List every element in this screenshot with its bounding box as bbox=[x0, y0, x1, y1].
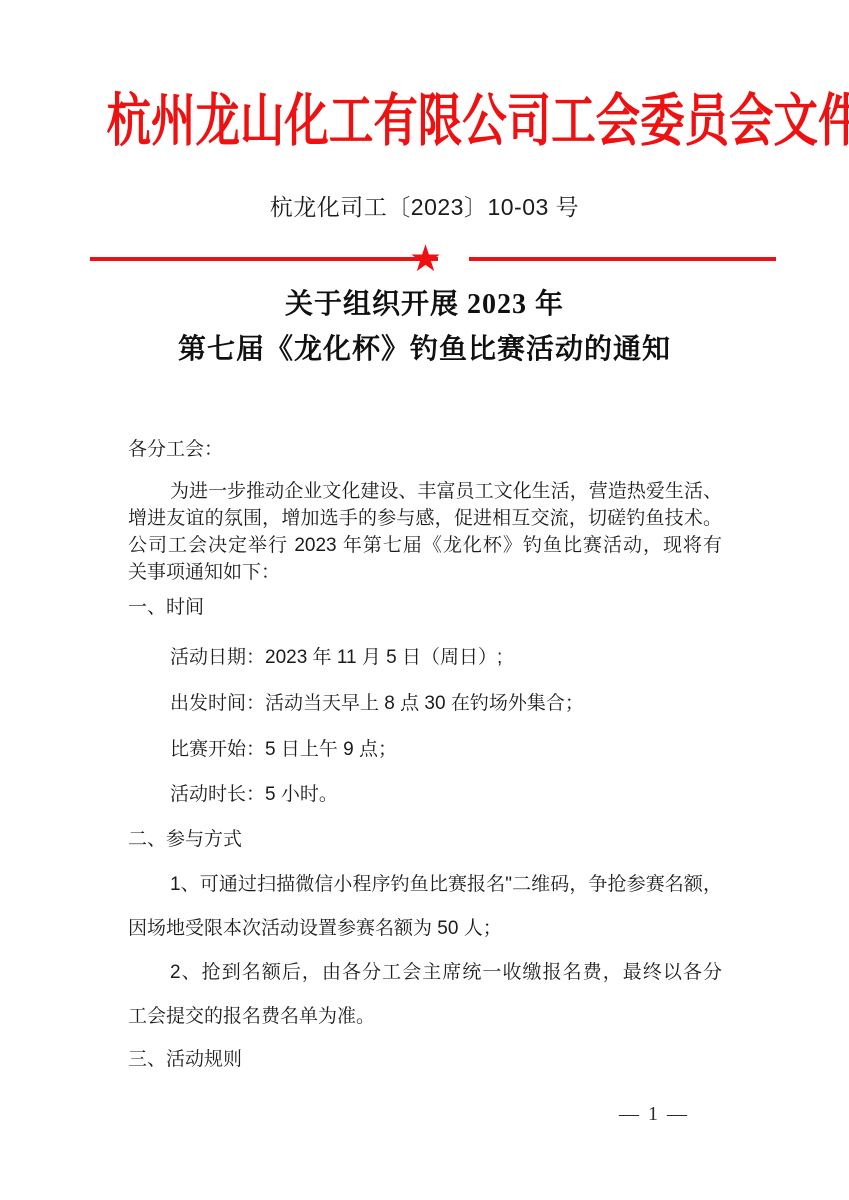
masthead: 杭州龙山化工有限公司工会委员会文件 bbox=[0, 92, 849, 152]
section2-heading: 二、参与方式 bbox=[128, 827, 242, 852]
salutation: 各分工会： bbox=[128, 437, 223, 462]
section2-item: 1、可通过扫描微信小程序钓鱼比赛报名"二维码，争抢参赛名额， bbox=[170, 872, 722, 897]
masthead-title: 杭州龙山化工有限公司工会委员会文件 bbox=[107, 92, 849, 152]
section1-item: 活动时长：5 小时。 bbox=[170, 782, 338, 807]
section1-item: 比赛开始：5 日上午 9 点； bbox=[170, 737, 397, 762]
section1-item: 出发时间：活动当天早上 8 点 30 在钓场外集合； bbox=[170, 691, 584, 716]
red-rule-right bbox=[469, 257, 776, 261]
notice-title-line1: 关于组织开展 2023 年 bbox=[0, 291, 849, 319]
page-number: — 1 — bbox=[619, 1103, 689, 1126]
notice-title-line2: 第七届《龙化杯》钓鱼比赛活动的通知 bbox=[0, 336, 849, 364]
section2-item: 工会提交的报名费名单为准。 bbox=[128, 1004, 375, 1029]
red-rule-left bbox=[90, 257, 438, 261]
document-number: 杭龙化司工〔2023〕10-03 号 bbox=[0, 189, 849, 222]
intro-line: 公司工会决定举行 2023 年第七届《龙化杯》钓鱼比赛活动，现将有 bbox=[128, 533, 722, 558]
document-page: 杭州龙山化工有限公司工会委员会文件 杭龙化司工〔2023〕10-03 号 关于组… bbox=[0, 0, 849, 1200]
section1-heading: 一、时间 bbox=[128, 595, 204, 620]
section2-item: 2、抢到名额后，由各分工会主席统一收缴报名费，最终以各分 bbox=[170, 960, 722, 985]
section1-item: 活动日期：2023 年 11 月 5 日（周日）; bbox=[170, 645, 502, 670]
section2-item: 因场地受限本次活动设置参赛名额为 50 人； bbox=[128, 916, 502, 941]
intro-line: 为进一步推动企业文化建设、丰富员工文化生活，营造热爱生活、 bbox=[170, 479, 722, 504]
intro-line: 关事项通知如下： bbox=[128, 560, 280, 585]
section3-heading: 三、活动规则 bbox=[128, 1047, 242, 1072]
red-star-icon bbox=[410, 243, 441, 274]
intro-line: 增进友谊的氛围，增加选手的参与感，促进相互交流，切磋钓鱼技术。 bbox=[128, 506, 722, 531]
